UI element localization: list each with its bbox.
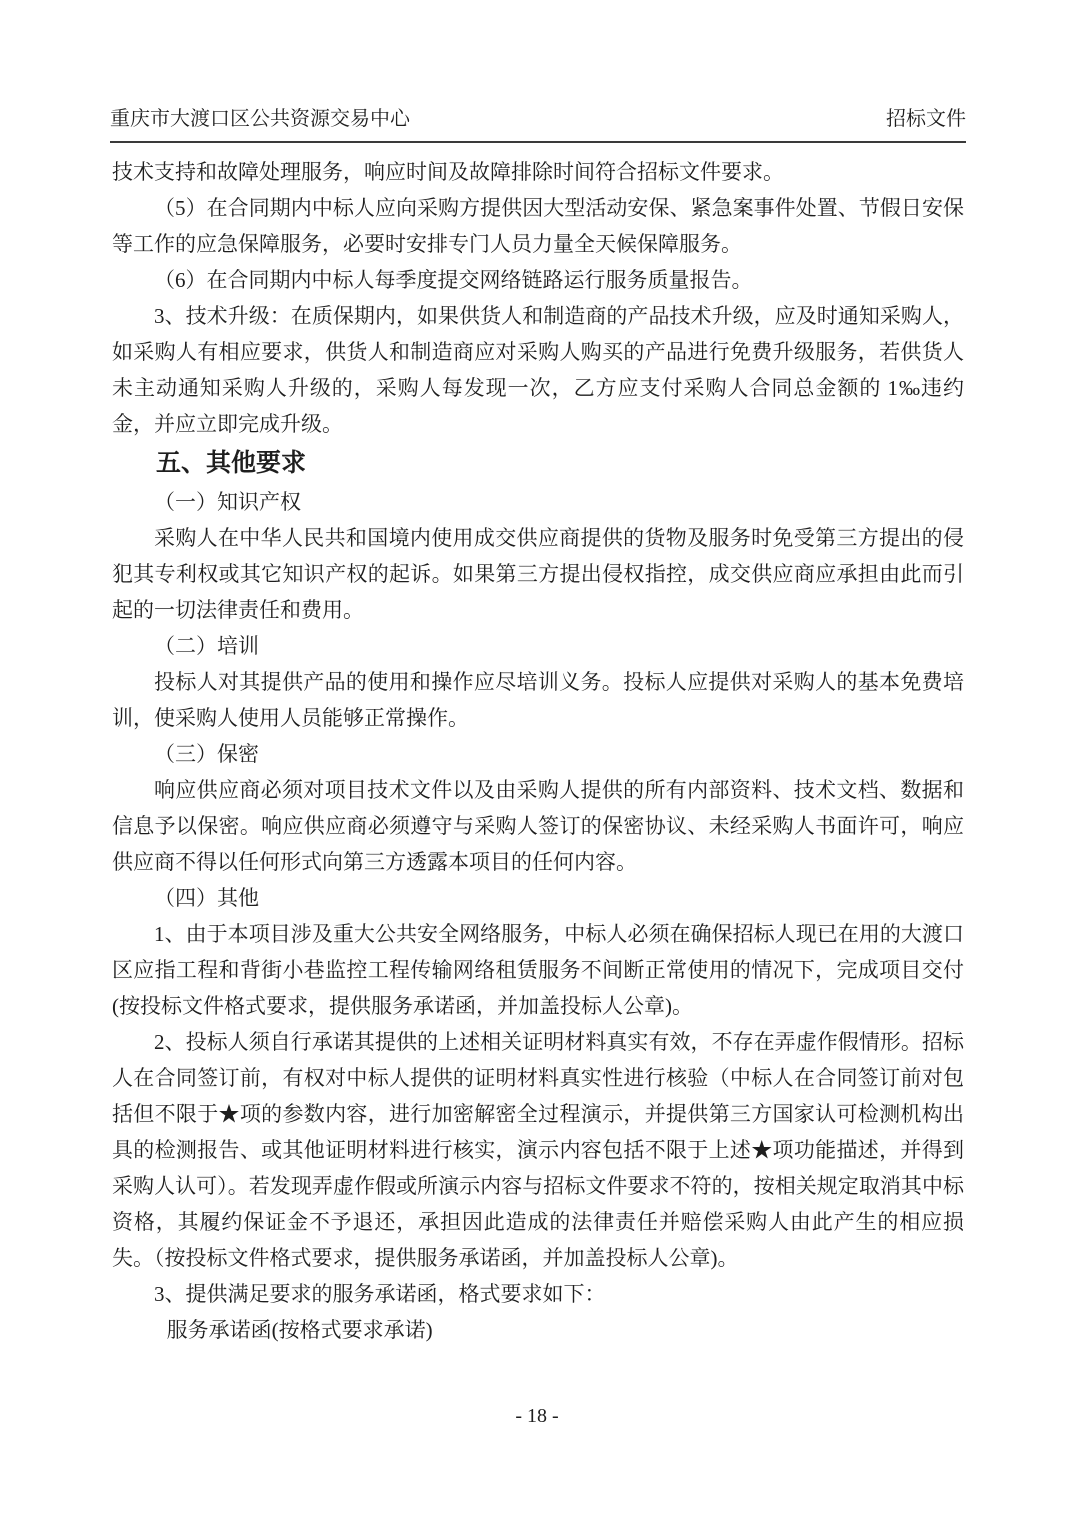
header-org-name: 重庆市大渡口区公共资源交易中心 bbox=[110, 106, 410, 132]
page-footer: - 18 - bbox=[0, 1402, 1074, 1430]
subheading-training: （二）培训 bbox=[112, 628, 964, 664]
paragraph-other-3: 3、提供满足要求的服务承诺函，格式要求如下： bbox=[112, 1276, 964, 1312]
paragraph-tech-support: 技术支持和故障处理服务，响应时间及故障排除时间符合招标文件要求。 bbox=[112, 154, 964, 190]
paragraph-ip-rights: 采购人在中华人民共和国境内使用成交供应商提供的货物及服务时免受第三方提出的侵犯其… bbox=[112, 520, 964, 628]
page-header: 重庆市大渡口区公共资源交易中心 招标文件 bbox=[110, 106, 966, 143]
paragraph-item-5: （5）在合同期内中标人应向采购方提供因大型活动安保、紧急案事件处置、节假日安保等… bbox=[112, 190, 964, 262]
subheading-confidentiality: （三）保密 bbox=[112, 736, 964, 772]
paragraph-confidentiality: 响应供应商必须对项目技术文件以及由采购人提供的所有内部资料、技术文档、数据和信息… bbox=[112, 772, 964, 880]
page-number: - 18 - bbox=[515, 1405, 558, 1427]
header-doc-type: 招标文件 bbox=[886, 106, 966, 132]
section-heading-other-requirements: 五、其他要求 bbox=[112, 442, 964, 484]
subheading-ip-rights: （一）知识产权 bbox=[112, 484, 964, 520]
paragraph-tech-upgrade: 3、技术升级：在质保期内，如果供货人和制造商的产品技术升级，应及时通知采购人，如… bbox=[112, 298, 964, 442]
document-body: 技术支持和故障处理服务，响应时间及故障排除时间符合招标文件要求。 （5）在合同期… bbox=[112, 154, 964, 1348]
paragraph-service-letter: 服务承诺函(按格式要求承诺) bbox=[112, 1312, 964, 1348]
paragraph-training: 投标人对其提供产品的使用和操作应尽培训义务。投标人应提供对采购人的基本免费培训，… bbox=[112, 664, 964, 736]
subheading-other: （四）其他 bbox=[112, 880, 964, 916]
paragraph-other-2: 2、投标人须自行承诺其提供的上述相关证明材料真实有效，不存在弄虚作假情形。招标人… bbox=[112, 1024, 964, 1276]
paragraph-other-1: 1、由于本项目涉及重大公共安全网络服务，中标人必须在确保招标人现已在用的大渡口区… bbox=[112, 916, 964, 1024]
document-page: 重庆市大渡口区公共资源交易中心 招标文件 技术支持和故障处理服务，响应时间及故障… bbox=[0, 0, 1074, 1520]
paragraph-item-6: （6）在合同期内中标人每季度提交网络链路运行服务质量报告。 bbox=[112, 262, 964, 298]
